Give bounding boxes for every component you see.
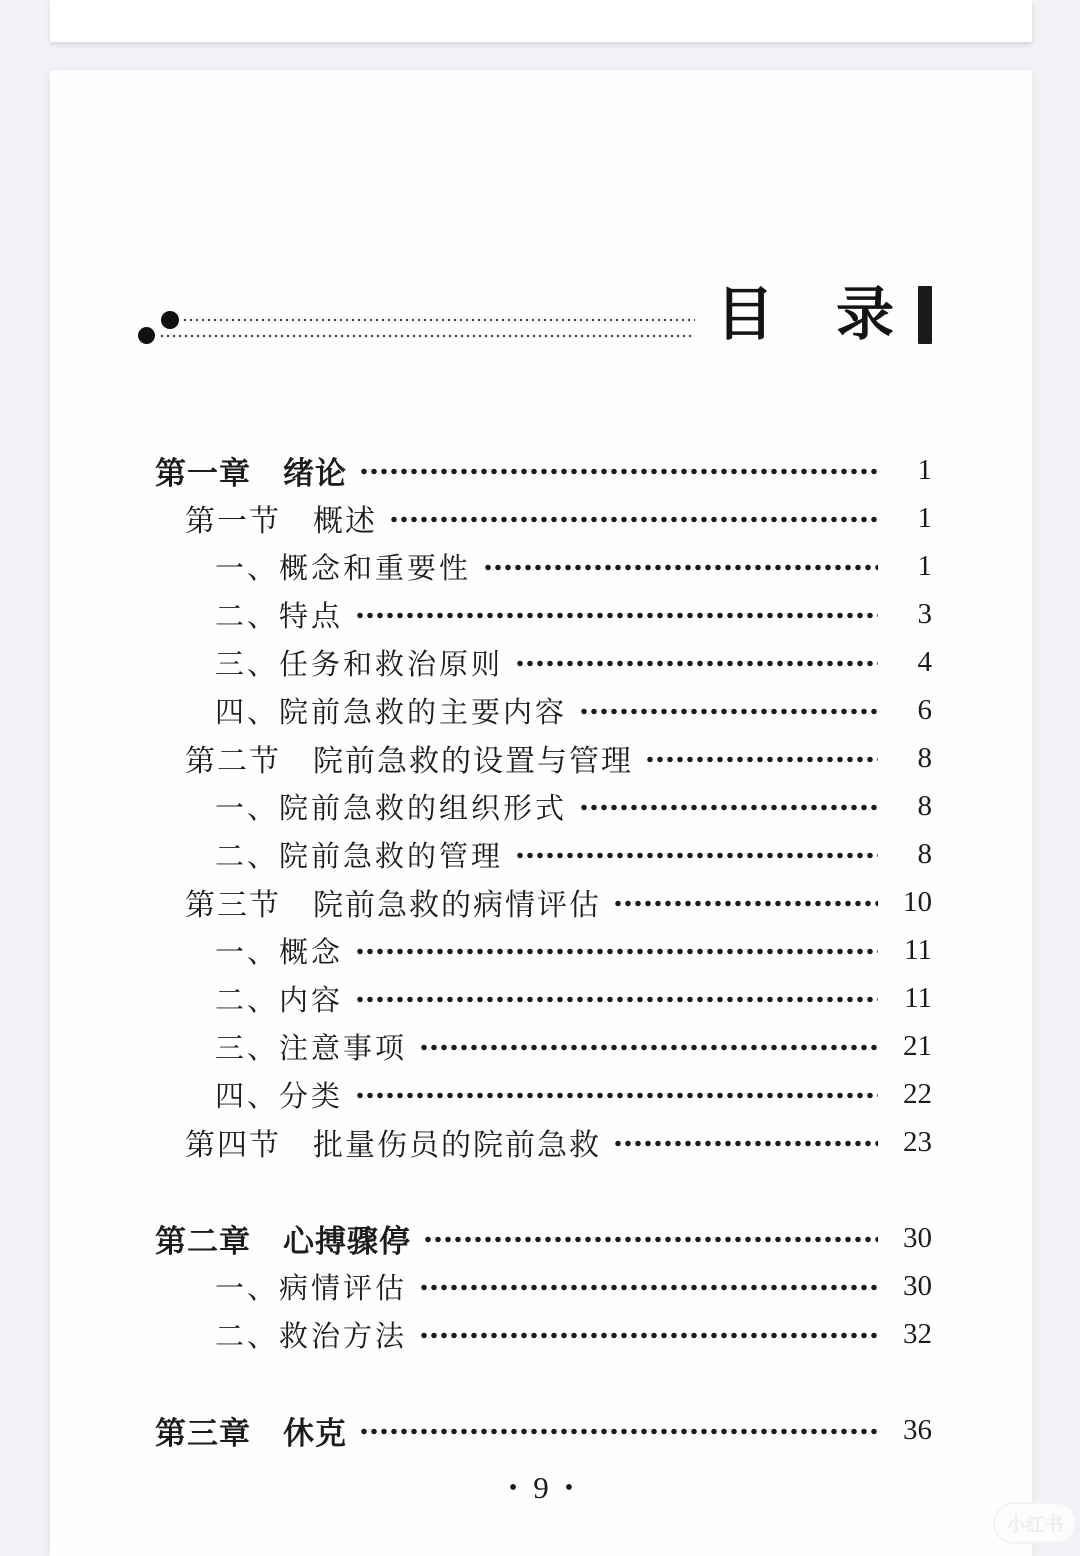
toc-entry-label: 第三章 休克	[155, 1408, 347, 1453]
dot-leader	[355, 996, 878, 1003]
toc-entry: 第二节 院前急救的设置与管理 8	[155, 734, 932, 782]
toc-entry-page-number: 36	[884, 1414, 932, 1447]
toc-entry-label: 第一章 绪论	[155, 448, 347, 493]
toc-entry-label: 一、院前急救的组织形式	[215, 786, 567, 827]
footer-bullet-right: •	[565, 1468, 573, 1508]
xiaohongshu-watermark: 小红书	[993, 1502, 1077, 1544]
toc-entry-page-number: 30	[884, 1270, 932, 1303]
dot-leader	[355, 612, 878, 619]
toc-entry-page-number: 4	[884, 646, 932, 679]
toc-entry: 二、救治方法 32	[155, 1310, 932, 1358]
toc-entry-label: 二、救治方法	[215, 1314, 407, 1355]
toc-entry-page-number: 1	[884, 550, 932, 583]
dot-leader	[359, 468, 878, 475]
toc-entry-label: 一、概念	[215, 930, 343, 971]
toc-entry: 四、分类 22	[155, 1070, 932, 1118]
toc-entry-label: 三、注意事项	[215, 1026, 407, 1067]
toc-entry-label: 二、特点	[215, 594, 343, 635]
toc-entry: 一、概念 11	[155, 926, 932, 974]
book-page: 目 录 第一章 绪论 1 第一节 概述 1 一、概念和重要性 1 二、特点 3 …	[50, 70, 1032, 1556]
toc-entry: 四、院前急救的主要内容 6	[155, 686, 932, 734]
toc-entry-page-number: 32	[884, 1318, 932, 1351]
dot-leader	[515, 852, 878, 859]
toc-entry-page-number: 8	[884, 790, 932, 823]
toc-entry-label: 三、任务和救治原则	[215, 642, 503, 683]
page-footer: • 9 •	[50, 1468, 1032, 1508]
decorative-dotted-rule	[182, 318, 695, 322]
toc-entry: 三、注意事项 21	[155, 1022, 932, 1070]
dot-leader	[355, 948, 878, 955]
toc-entry-page-number: 8	[884, 742, 932, 775]
watermark-label: 小红书	[1006, 1510, 1063, 1537]
toc-entry-page-number: 8	[884, 838, 932, 871]
dot-leader	[579, 804, 878, 811]
title-vertical-bar	[918, 286, 932, 344]
page-title: 目 录	[716, 283, 896, 347]
toc-entry: 第一节 概述 1	[155, 494, 932, 542]
dot-leader	[483, 564, 878, 571]
dot-leader	[515, 660, 878, 667]
toc-entry: 一、病情评估 30	[155, 1262, 932, 1310]
toc-header: 目 录	[50, 283, 1032, 349]
toc-entry: 第一章 绪论 1	[155, 446, 932, 494]
toc-entry: 二、内容 11	[155, 974, 932, 1022]
toc-entry: 第三章 休克 36	[155, 1406, 932, 1454]
toc-entry: 三、任务和救治原则 4	[155, 638, 932, 686]
decorative-dot	[138, 327, 155, 344]
toc-entry-page-number: 11	[884, 982, 932, 1015]
page-title-group: 目 录	[716, 283, 932, 347]
dot-leader	[389, 516, 878, 523]
toc-entry: 二、院前急救的管理 8	[155, 830, 932, 878]
decorative-dot	[161, 311, 179, 329]
footer-page-number: 9	[533, 1468, 549, 1508]
dot-leader	[613, 1140, 878, 1147]
toc-entry-page-number: 10	[884, 886, 932, 919]
toc-list: 第一章 绪论 1 第一节 概述 1 一、概念和重要性 1 二、特点 3 三、任务…	[155, 446, 932, 1454]
toc-entry-page-number: 1	[884, 502, 932, 535]
toc-entry: 一、院前急救的组织形式 8	[155, 782, 932, 830]
dot-leader	[355, 1092, 878, 1099]
toc-entry-page-number: 3	[884, 598, 932, 631]
toc-entry-label: 四、分类	[215, 1074, 343, 1115]
toc-entry-page-number: 22	[884, 1078, 932, 1111]
dot-leader	[359, 1428, 878, 1435]
toc-entry: 一、概念和重要性 1	[155, 542, 932, 590]
toc-entry-label: 第二章 心搏骤停	[155, 1216, 411, 1261]
toc-entry: 第四节 批量伤员的院前急救 23	[155, 1118, 932, 1166]
footer-bullet-left: •	[509, 1468, 517, 1508]
toc-entry-label: 第三节 院前急救的病情评估	[185, 880, 601, 924]
toc-entry-page-number: 30	[884, 1222, 932, 1255]
toc-entry-label: 二、内容	[215, 978, 343, 1019]
toc-entry-page-number: 11	[884, 934, 932, 967]
dot-leader	[419, 1044, 878, 1051]
toc-entry-label: 第四节 批量伤员的院前急救	[185, 1120, 601, 1164]
toc-entry-label: 第二节 院前急救的设置与管理	[185, 736, 633, 780]
toc-entry-label: 一、病情评估	[215, 1266, 407, 1307]
toc-entry-page-number: 23	[884, 1126, 932, 1159]
decorative-dotted-rule	[159, 334, 695, 338]
dot-leader	[645, 756, 878, 763]
toc-entry: 二、特点 3	[155, 590, 932, 638]
dot-leader	[613, 900, 878, 907]
dot-leader	[419, 1332, 878, 1339]
toc-entry-label: 第一节 概述	[185, 496, 377, 540]
dot-leader	[579, 708, 878, 715]
toc-entry-label: 二、院前急救的管理	[215, 834, 503, 875]
toc-entry-page-number: 6	[884, 694, 932, 727]
toc-entry-label: 四、院前急救的主要内容	[215, 690, 567, 731]
toc-entry: 第三节 院前急救的病情评估 10	[155, 878, 932, 926]
toc-entry-page-number: 21	[884, 1030, 932, 1063]
toc-entry-label: 一、概念和重要性	[215, 546, 471, 587]
dot-leader	[419, 1284, 878, 1291]
dot-leader	[423, 1236, 878, 1243]
toc-entry-page-number: 1	[884, 454, 932, 487]
toc-entry: 第二章 心搏骤停 30	[155, 1214, 932, 1262]
previous-page-edge	[50, 0, 1032, 42]
